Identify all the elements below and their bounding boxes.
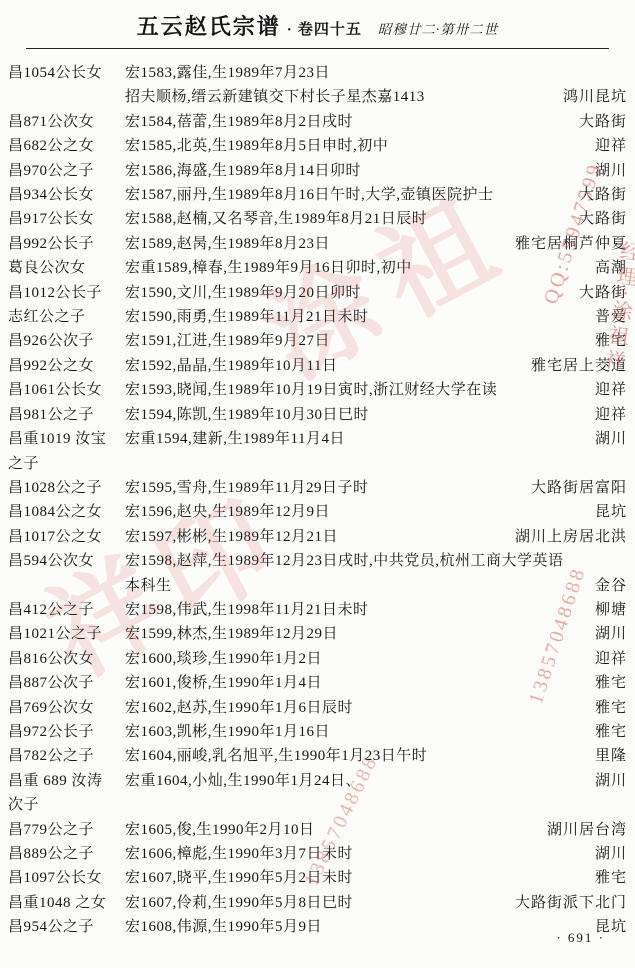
residence-label: 湖川上房居北洪	[515, 525, 627, 549]
genealogy-record-line: 昌981公之子 宏1594,陈凯,生1989年10月30日巳时 迎祥	[8, 403, 627, 427]
parent-label: 昌954公之子	[8, 915, 125, 939]
genealogy-record-line: 昌重1019 汝宝 宏重1594,建新,生1989年11月4日 湖川	[8, 427, 627, 451]
residence-label: 雅宅	[595, 671, 627, 695]
parent-label: 志红公之子	[8, 305, 125, 329]
record-text: 宏1606,樟彪,生1990年3月7日未时	[125, 842, 589, 866]
parent-label: 昌1097公长女	[8, 866, 125, 890]
parent-label: 昌769公次女	[8, 696, 125, 720]
residence-label: 大路街派下北门	[515, 891, 627, 915]
genealogy-record-line: 昌779公之子 宏1605,俊,生1990年2月10日 湖川居台湾	[8, 818, 627, 842]
page-number: · 691 ·	[556, 930, 605, 946]
genealogy-record-line: 昌1028公之子 宏1595,雪舟,生1989年11月29日子时 大路街居富阳	[8, 476, 627, 500]
parent-label: 昌871公次女	[8, 110, 125, 134]
genealogy-record-line: 本科生 金谷	[8, 574, 627, 598]
record-text: 招夫顺杨,缙云新建镇交下村长子星杰嘉1413	[125, 85, 557, 109]
parent-label: 昌981公之子	[8, 403, 125, 427]
genealogy-record-line: 昌782公之子 宏1604,丽峻,乳名旭平,生1990年1月23日午时 里隆	[8, 744, 627, 768]
genealogy-record-line: 昌871公次女 宏1584,蓓蕾,生1989年8月2日戌时 大路街	[8, 110, 627, 134]
parent-label: 之子	[8, 452, 125, 476]
page-header: 五云赵氏宗谱 · 卷四十五 昭穆廿二·第卅二世	[0, 0, 635, 41]
parent-label: 昌934公长女	[8, 183, 125, 207]
residence-label: 迎祥	[595, 647, 627, 671]
genealogy-record-line: 葛良公次女 宏重1589,樟春,生1989年9月16日卯时,初中 高潮	[8, 256, 627, 280]
parent-label: 昌889公之子	[8, 842, 125, 866]
residence-label: 迎祥	[595, 403, 627, 427]
parent-label: 昌重1019 汝宝	[8, 427, 125, 451]
record-text: 宏1587,丽丹,生1989年8月16日午时,大学,壶镇医院护士	[125, 183, 573, 207]
volume-label: 卷四十五	[298, 18, 362, 39]
parent-label: 昌1054公长女	[8, 61, 125, 85]
residence-label: 雅宅居上茭道	[531, 354, 627, 378]
genealogy-record-line: 昌1061公长女 宏1593,晓闻,生1989年10月19日寅时,浙江财经大学在…	[8, 378, 627, 402]
genealogy-record-line: 志红公之子 宏1590,雨勇,生1989年11月21日未时 普爱	[8, 305, 627, 329]
genealogy-record-line: 昌992公之女 宏1592,晶晶,生1989年10月11日 雅宅居上茭道	[8, 354, 627, 378]
parent-label: 昌917公长女	[8, 207, 125, 231]
genealogy-record-line: 昌887公次子 宏1601,俊桥,生1990年1月4日 雅宅	[8, 671, 627, 695]
residence-label: 鸿川昆坑	[563, 85, 627, 109]
residence-label: 高潮	[595, 256, 627, 280]
record-text: 宏1586,海盛,生1989年8月14日卯时	[125, 159, 589, 183]
genealogy-record-line: 昌682公之女 宏1585,北英,生1989年8月5日申时,初中 迎祥	[8, 134, 627, 158]
parent-label: 昌887公次子	[8, 671, 125, 695]
parent-label: 昌926公次子	[8, 329, 125, 353]
residence-label: 大路街	[579, 281, 627, 305]
residence-label: 湖川	[595, 159, 627, 183]
genealogy-record-line: 昌816公次女 宏1600,琰珍,生1990年1月2日 迎祥	[8, 647, 627, 671]
genealogy-record-line: 昌重 689 汝涛 宏重1604,小灿,生1990年1月24日、 湖川	[8, 769, 627, 793]
generation-subtitle: 昭穆廿二·第卅二世	[378, 18, 498, 38]
parent-label: 昌970公之子	[8, 159, 125, 183]
record-text: 宏1590,雨勇,生1989年11月21日未时	[125, 305, 589, 329]
record-text: 宏1601,俊桥,生1990年1月4日	[125, 671, 589, 695]
genealogy-record-line: 昌889公之子 宏1606,樟彪,生1990年3月7日未时 湖川	[8, 842, 627, 866]
residence-label: 大路街	[579, 183, 627, 207]
parent-label: 昌1017公之女	[8, 525, 125, 549]
genealogy-record-line: 之子	[8, 452, 627, 476]
record-text: 宏1589,赵昺,生1989年8月23日	[125, 232, 509, 256]
parent-label: 昌782公之子	[8, 744, 125, 768]
records-list: 昌1054公长女 宏1583,露佳,生1989年7月23日 招夫顺杨,缙云新建镇…	[0, 49, 635, 940]
parent-label: 昌重1048 之女	[8, 891, 125, 915]
record-text: 宏1605,俊,生1990年2月10日	[125, 818, 541, 842]
genealogy-record-line: 昌412公之子 宏1598,伟武,生1998年11月21日未时 柳塘	[8, 598, 627, 622]
parent-label: 次子	[8, 793, 125, 817]
record-text: 宏1600,琰珍,生1990年1月2日	[125, 647, 589, 671]
record-text: 宏1595,雪舟,生1989年11月29日子时	[125, 476, 525, 500]
record-text: 宏1599,林杰,生1989年12月29日	[125, 622, 589, 646]
parent-label: 昌1028公之子	[8, 476, 125, 500]
parent-label: 昌1021公之子	[8, 622, 125, 646]
genealogy-record-line: 昌769公次女 宏1602,赵苏,生1990年1月6日辰时 雅宅	[8, 696, 627, 720]
parent-label: 昌992公长子	[8, 232, 125, 256]
genealogy-record-line: 昌954公之子 宏1608,伟源,生1990年5月9日 昆坑	[8, 915, 627, 939]
genealogy-record-line: 招夫顺杨,缙云新建镇交下村长子星杰嘉1413 鸿川昆坑	[8, 85, 627, 109]
record-text: 宏1593,晓闻,生1989年10月19日寅时,浙江财经大学在读	[125, 378, 589, 402]
residence-label: 昆坑	[595, 500, 627, 524]
residence-label: 雅宅	[595, 720, 627, 744]
record-text: 宏重1604,小灿,生1990年1月24日、	[125, 769, 589, 793]
record-text: 宏1607,晓平,生1990年5月2日未时	[125, 866, 589, 890]
record-text: 宏重1589,樟春,生1989年9月16日卯时,初中	[125, 256, 589, 280]
genealogy-record-line: 昌1054公长女 宏1583,露佳,生1989年7月23日	[8, 61, 627, 85]
parent-label: 昌816公次女	[8, 647, 125, 671]
record-text: 宏1591,江进,生1989年9月27日	[125, 329, 589, 353]
genealogy-record-line: 昌1012公长子 宏1590,文川,生1989年9月20日卯时 大路街	[8, 281, 627, 305]
residence-label: 湖川	[595, 769, 627, 793]
genealogy-record-line: 昌992公长子 宏1589,赵昺,生1989年8月23日 雅宅居桐芦仲夏	[8, 232, 627, 256]
record-text: 宏1597,彬彬,生1989年12月21日	[125, 525, 509, 549]
book-title: 五云赵氏宗谱	[137, 10, 281, 41]
residence-label: 雅宅	[595, 329, 627, 353]
record-text: 宏1604,丽峻,乳名旭平,生1990年1月23日午时	[125, 744, 589, 768]
parent-label: 昌594公次女	[8, 549, 125, 573]
genealogy-record-line: 昌1017公之女 宏1597,彬彬,生1989年12月21日 湖川上房居北洪	[8, 525, 627, 549]
parent-label: 昌992公之女	[8, 354, 125, 378]
record-text: 宏1584,蓓蕾,生1989年8月2日戌时	[125, 110, 573, 134]
genealogy-record-line: 次子	[8, 793, 627, 817]
record-text: 宏1588,赵楠,又名琴音,生1989年8月21日辰时	[125, 207, 573, 231]
record-text: 宏1585,北英,生1989年8月5日申时,初中	[125, 134, 589, 158]
residence-label: 普爱	[595, 305, 627, 329]
parent-label: 葛良公次女	[8, 256, 125, 280]
record-text: 宏1603,凯彬,生1990年1月16日	[125, 720, 589, 744]
title-separator-dot: ·	[287, 22, 292, 39]
residence-label: 迎祥	[595, 378, 627, 402]
parent-label: 昌1012公长子	[8, 281, 125, 305]
residence-label: 里隆	[595, 744, 627, 768]
record-text: 宏1583,露佳,生1989年7月23日	[125, 61, 621, 85]
genealogy-record-line: 昌1021公之子 宏1599,林杰,生1989年12月29日 湖川	[8, 622, 627, 646]
residence-label: 大路街	[579, 110, 627, 134]
residence-label: 湖川	[595, 427, 627, 451]
residence-label: 大路街居富阳	[531, 476, 627, 500]
record-text: 宏1602,赵苏,生1990年1月6日辰时	[125, 696, 589, 720]
residence-label: 雅宅	[595, 866, 627, 890]
record-text: 宏1592,晶晶,生1989年10月11日	[125, 354, 525, 378]
parent-label: 昌972公长子	[8, 720, 125, 744]
parent-label: 昌重 689 汝涛	[8, 769, 125, 793]
genealogy-record-line: 昌重1048 之女 宏1607,伶莉,生1990年5月8日巳时 大路街派下北门	[8, 891, 627, 915]
genealogy-record-line: 昌917公长女 宏1588,赵楠,又名琴音,生1989年8月21日辰时 大路街	[8, 207, 627, 231]
record-text: 宏1596,赵央,生1989年12月9日	[125, 500, 589, 524]
genealogy-record-line: 昌972公长子 宏1603,凯彬,生1990年1月16日 雅宅	[8, 720, 627, 744]
record-text: 宏1590,文川,生1989年9月20日卯时	[125, 281, 573, 305]
record-text: 宏重1594,建新,生1989年11月4日	[125, 427, 589, 451]
parent-label: 昌1061公长女	[8, 378, 125, 402]
genealogy-page: 五云赵氏宗谱 · 卷四十五 昭穆廿二·第卅二世 昌1054公长女 宏1583,露…	[0, 0, 635, 968]
record-text: 宏1598,赵萍,生1989年12月23日戌时,中共党员,杭州工商大学英语	[125, 549, 621, 573]
record-text: 宏1598,伟武,生1998年11月21日未时	[125, 598, 589, 622]
residence-label: 雅宅	[595, 696, 627, 720]
residence-label: 湖川	[595, 842, 627, 866]
residence-label: 雅宅居桐芦仲夏	[515, 232, 627, 256]
residence-label: 金谷	[595, 574, 627, 598]
residence-label: 迎祥	[595, 134, 627, 158]
genealogy-record-line: 昌594公次女 宏1598,赵萍,生1989年12月23日戌时,中共党员,杭州工…	[8, 549, 627, 573]
residence-label: 柳塘	[595, 598, 627, 622]
genealogy-record-line: 昌1084公之女 宏1596,赵央,生1989年12月9日 昆坑	[8, 500, 627, 524]
genealogy-record-line: 昌926公次子 宏1591,江进,生1989年9月27日 雅宅	[8, 329, 627, 353]
record-text: 宏1594,陈凯,生1989年10月30日巳时	[125, 403, 589, 427]
record-text: 本科生	[125, 574, 589, 598]
record-text: 宏1607,伶莉,生1990年5月8日巳时	[125, 891, 509, 915]
residence-label: 湖川	[595, 622, 627, 646]
genealogy-record-line: 昌934公长女 宏1587,丽丹,生1989年8月16日午时,大学,壶镇医院护士…	[8, 183, 627, 207]
parent-label: 昌682公之女	[8, 134, 125, 158]
residence-label: 湖川居台湾	[547, 818, 627, 842]
residence-label: 大路街	[579, 207, 627, 231]
parent-label: 昌1084公之女	[8, 500, 125, 524]
parent-label: 昌779公之子	[8, 818, 125, 842]
parent-label: 昌412公之子	[8, 598, 125, 622]
genealogy-record-line: 昌1097公长女 宏1607,晓平,生1990年5月2日未时 雅宅	[8, 866, 627, 890]
genealogy-record-line: 昌970公之子 宏1586,海盛,生1989年8月14日卯时 湖川	[8, 159, 627, 183]
record-text: 宏1608,伟源,生1990年5月9日	[125, 915, 589, 939]
